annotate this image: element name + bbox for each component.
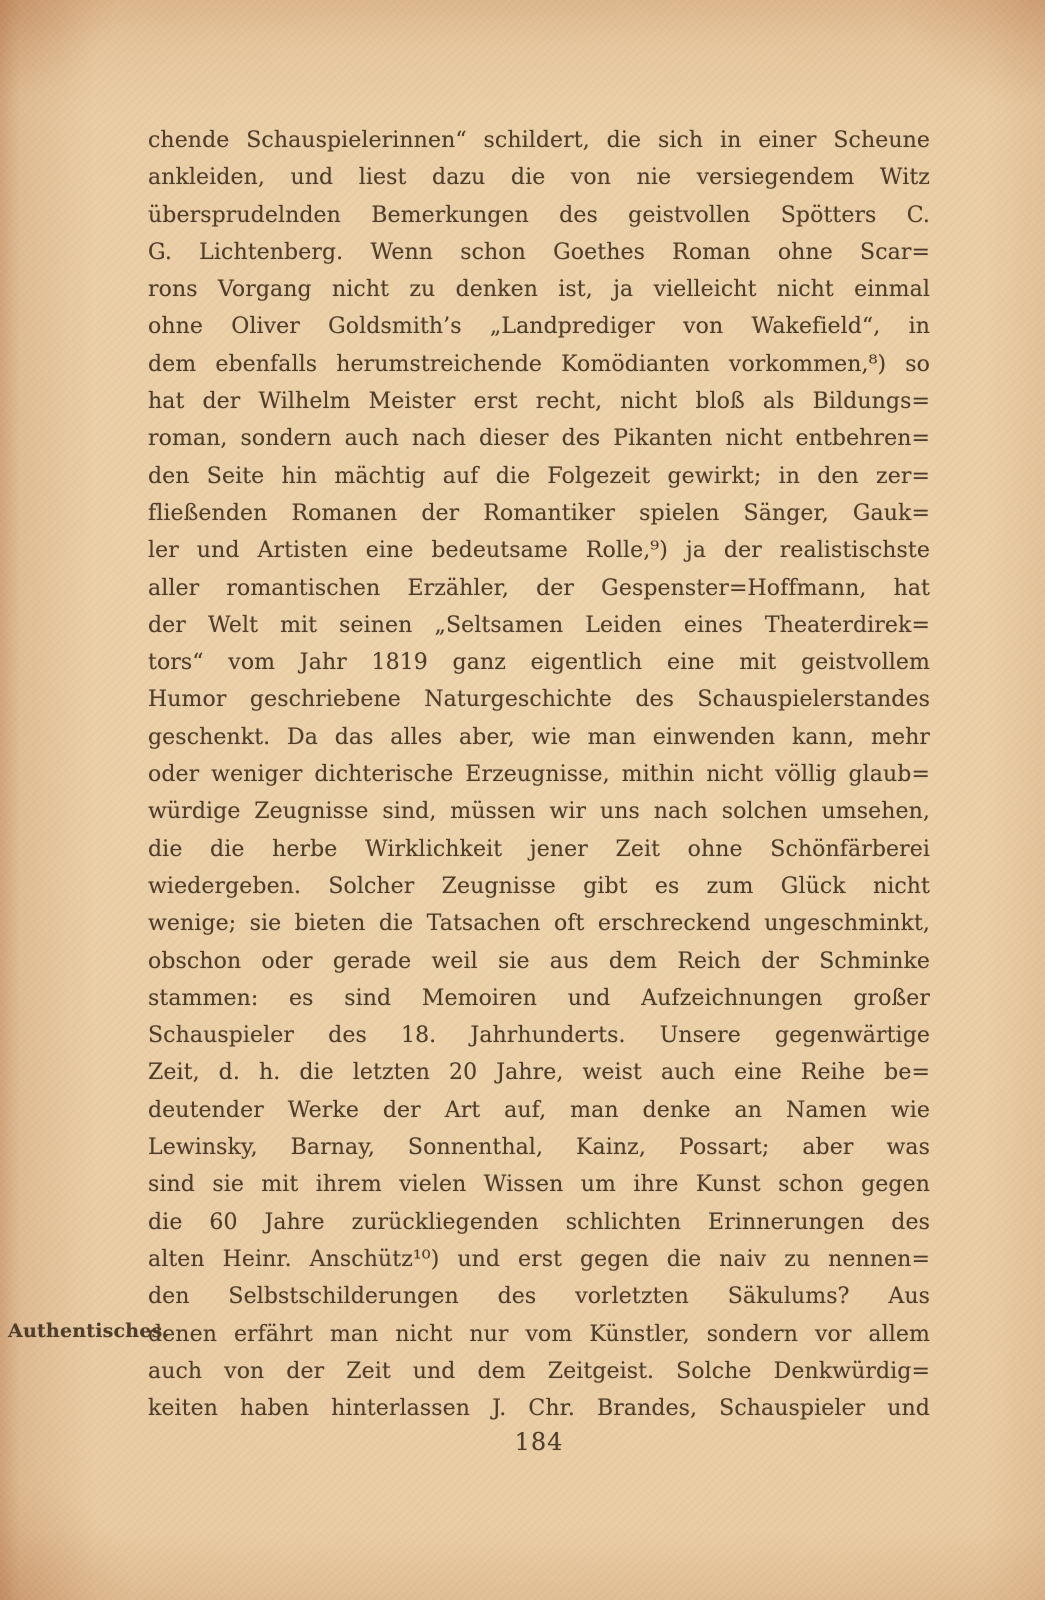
margin-note: Authentisches. xyxy=(8,1320,198,1342)
text-line: wiedergeben. Solcher Zeugnisse gibt es z… xyxy=(148,868,930,905)
text-line: chende Schauspielerinnen“ schildert, die… xyxy=(148,122,930,159)
text-line: übersprudelnden Bemerkungen des geistvol… xyxy=(148,197,930,234)
text-line: würdige Zeugnisse sind, müssen wir uns n… xyxy=(148,793,930,830)
text-line: obschon oder gerade weil sie aus dem Rei… xyxy=(148,943,930,980)
book-page: chende Schauspielerinnen“ schildert, die… xyxy=(0,0,1045,1600)
text-block: chende Schauspielerinnen“ schildert, die… xyxy=(148,122,930,1427)
page-number: 184 xyxy=(148,1428,930,1456)
text-line: geschenkt. Da das alles aber, wie man ei… xyxy=(148,719,930,756)
text-line: hat der Wilhelm Meister erst recht, nich… xyxy=(148,383,930,420)
text-line: oder weniger dichterische Erzeugnisse, m… xyxy=(148,756,930,793)
text-line: Lewinsky, Barnay, Sonnenthal, Kainz, Pos… xyxy=(148,1129,930,1166)
text-line: rons Vorgang nicht zu denken ist, ja vie… xyxy=(148,271,930,308)
text-line: Zeit, d. h. die letzten 20 Jahre, weist … xyxy=(148,1054,930,1091)
text-line: stammen: es sind Memoiren und Aufzeichnu… xyxy=(148,980,930,1017)
text-line: die die herbe Wirklichkeit jener Zeit oh… xyxy=(148,831,930,868)
text-line: den Seite hin mächtig auf die Folgezeit … xyxy=(148,458,930,495)
text-line: deutender Werke der Art auf, man denke a… xyxy=(148,1092,930,1129)
text-line: keiten haben hinterlassen J. Chr. Brande… xyxy=(148,1390,930,1427)
text-line: aller romantischen Erzähler, der Gespens… xyxy=(148,570,930,607)
text-line: der Welt mit seinen „Seltsamen Leiden ei… xyxy=(148,607,930,644)
text-line: auch von der Zeit und dem Zeitgeist. Sol… xyxy=(148,1353,930,1390)
text-line: ler und Artisten eine bedeutsame Rolle,⁹… xyxy=(148,532,930,569)
text-line: den Selbstschilderungen des vorletzten S… xyxy=(148,1278,930,1315)
text-line: Schauspieler des 18. Jahrhunderts. Unser… xyxy=(148,1017,930,1054)
text-line: alten Heinr. Anschütz¹⁰) und erst gegen … xyxy=(148,1241,930,1278)
text-line: die 60 Jahre zurückliegenden schlichten … xyxy=(148,1204,930,1241)
text-line: denen erfährt man nicht nur vom Künstler… xyxy=(148,1316,930,1353)
text-line: Humor geschriebene Naturgeschichte des S… xyxy=(148,681,930,718)
text-line: wenige; sie bieten die Tatsachen oft ers… xyxy=(148,905,930,942)
text-line: dem ebenfalls herumstreichende Komödiant… xyxy=(148,346,930,383)
text-line: sind sie mit ihrem vielen Wissen um ihre… xyxy=(148,1166,930,1203)
text-line: ankleiden, und liest dazu die von nie ve… xyxy=(148,159,930,196)
text-line: ohne Oliver Goldsmith’s „Landprediger vo… xyxy=(148,308,930,345)
text-line: fließenden Romanen der Romantiker spiele… xyxy=(148,495,930,532)
text-line: tors“ vom Jahr 1819 ganz eigentlich eine… xyxy=(148,644,930,681)
text-line: roman, sondern auch nach dieser des Pika… xyxy=(148,420,930,457)
text-line: G. Lichtenberg. Wenn schon Goethes Roman… xyxy=(148,234,930,271)
